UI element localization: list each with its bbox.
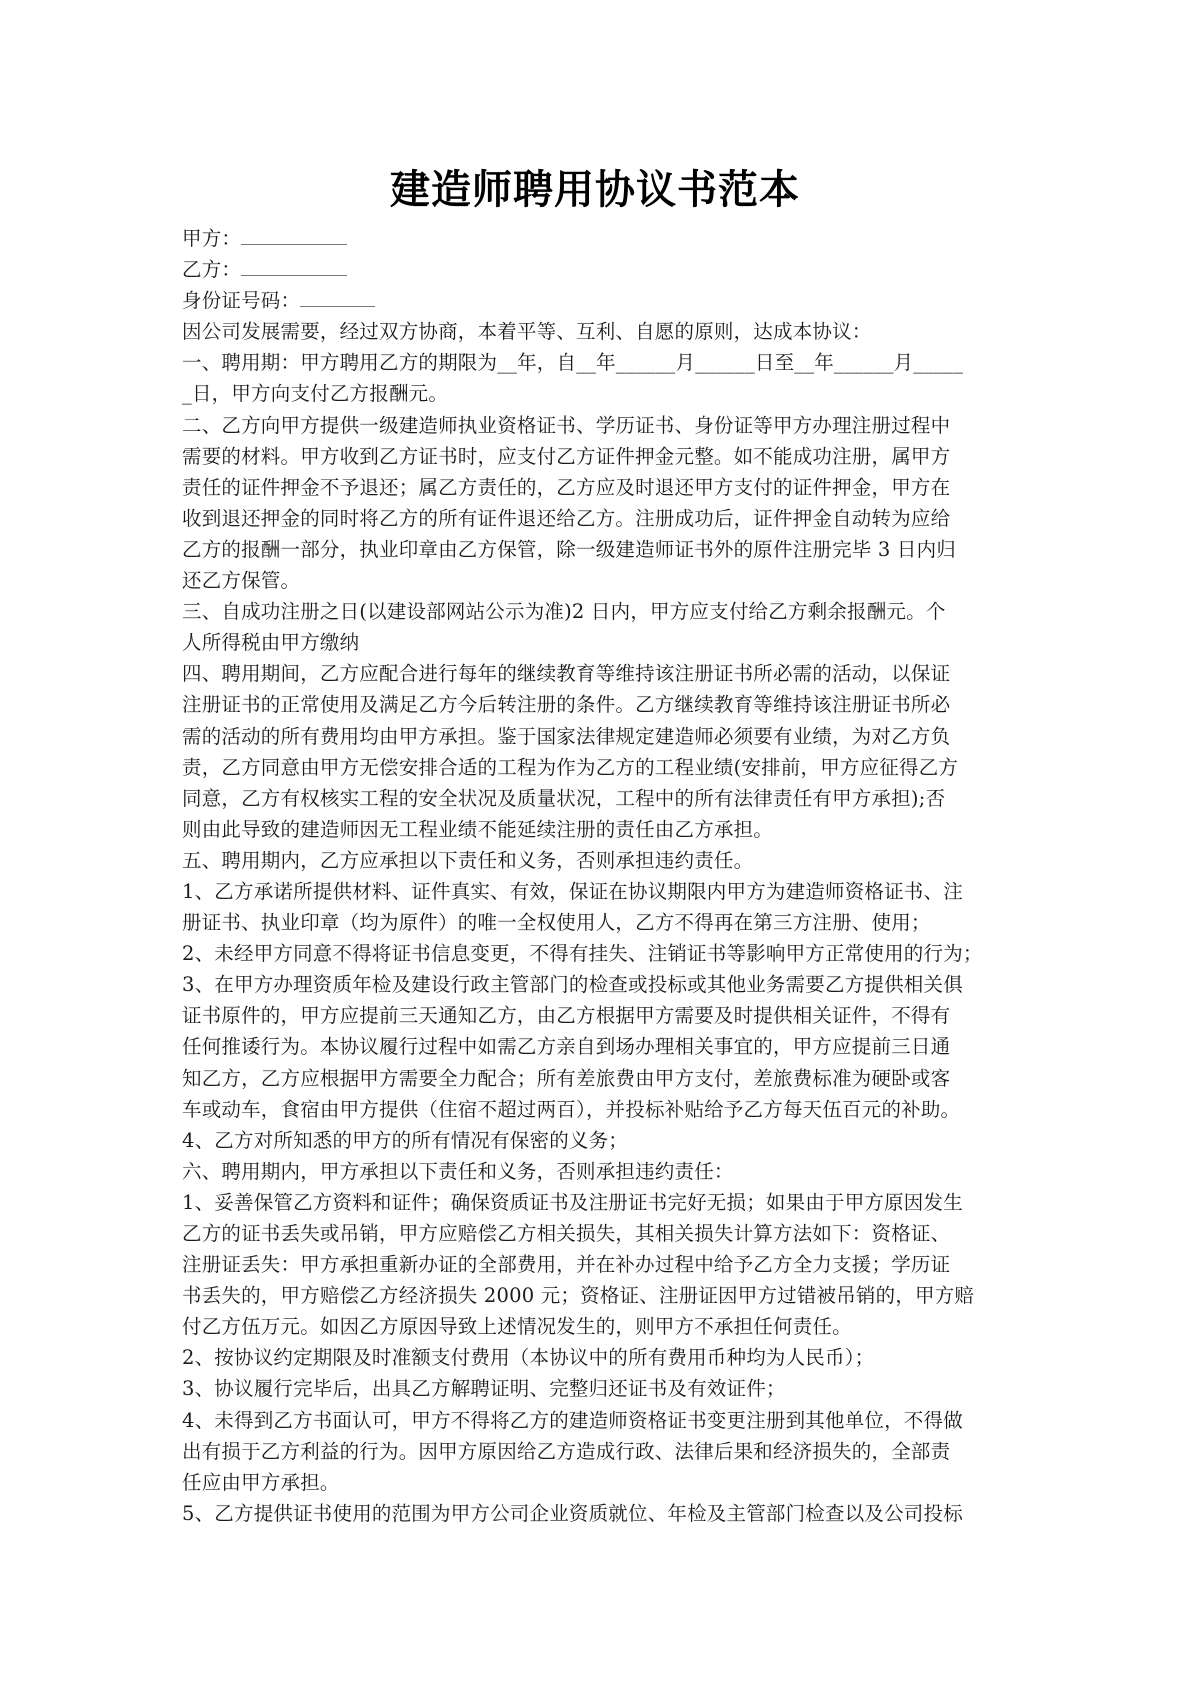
paragraph-line: 3、协议履行完毕后，出具乙方解聘证明、完整归还证书及有效证件； [182,1373,1020,1404]
paragraph-line: 同意，乙方有权核实工程的安全状况及质量状况，工程中的所有法律责任有甲方承担);否 [182,783,1020,814]
paragraph-line: 2、按协议约定期限及时准额支付费用（本协议中的所有费用币种均为人民币）； [182,1342,1020,1373]
paragraph-line: 责任的证件押金不予退还；属乙方责任的，乙方应及时退还甲方支付的证件押金，甲方在 [182,472,1020,503]
paragraph-line: 还乙方保管。 [182,565,1020,596]
paragraph-line: _日，甲方向支付乙方报酬元。 [182,378,1020,409]
paragraph-line: 册证书、执业印章（均为原件）的唯一全权使用人，乙方不得再在第三方注册、使用； [182,907,1020,938]
document-body: 甲方： 乙方： 身份证号码： 因公司发展需要，经过双方协商，本着平等、互利、自愿… [182,223,1020,1529]
paragraph-line: 六、聘用期内，甲方承担以下责任和义务，否则承担违约责任： [182,1156,1020,1187]
party-a-field: 甲方： [182,223,1020,254]
id-number-label: 身份证号码： [182,289,300,312]
paragraph-line: 收到退还押金的同时将乙方的所有证件退还给乙方。注册成功后，证件押金自动转为应给 [182,503,1020,534]
paragraph-line: 1、妥善保管乙方资料和证件；确保资质证书及注册证书完好无损；如果由于甲方原因发生 [182,1187,1020,1218]
paragraph-line: 责，乙方同意由甲方无偿安排合适的工程为作为乙方的工程业绩(安排前，甲方应征得乙方 [182,752,1020,783]
party-a-blank[interactable] [241,224,347,245]
paragraph-line: 4、乙方对所知悉的甲方的所有情况有保密的义务； [182,1125,1020,1156]
document-title: 建造师聘用协议书范本 [0,162,1190,218]
paragraph-line: 五、聘用期内，乙方应承担以下责任和义务，否则承担违约责任。 [182,845,1020,876]
paragraph-line: 任何推诿行为。本协议履行过程中如需乙方亲自到场办理相关事宜的，甲方应提前三日通 [182,1031,1020,1062]
paragraph-line: 证书原件的，甲方应提前三天通知乙方，由乙方根据甲方需要及时提供相关证件，不得有 [182,1000,1020,1031]
paragraph-line: 车或动车，食宿由甲方提供（住宿不超过两百），并投标补贴给予乙方每天伍百元的补助。 [182,1094,1020,1125]
id-number-field: 身份证号码： [182,285,1020,316]
paragraph-line: 2、未经甲方同意不得将证书信息变更，不得有挂失、注销证书等影响甲方正常使用的行为… [182,938,1020,969]
paragraph-line: 一、聘用期：甲方聘用乙方的期限为__年，自__年______月______日至_… [182,347,1020,378]
paragraph-line: 需的活动的所有费用均由甲方承担。鉴于国家法律规定建造师必须要有业绩，为对乙方负 [182,721,1020,752]
paragraph-line: 则由此导致的建造师因无工程业绩不能延续注册的责任由乙方承担。 [182,814,1020,845]
paragraph-line: 乙方的证书丢失或吊销，甲方应赔偿乙方相关损失，其相关损失计算方法如下：资格证、 [182,1218,1020,1249]
paragraph-line: 书丢失的，甲方赔偿乙方经济损失 2000 元；资格证、注册证因甲方过错被吊销的，… [182,1280,1020,1311]
paragraph-line: 1、乙方承诺所提供材料、证件真实、有效，保证在协议期限内甲方为建造师资格证书、注 [182,876,1020,907]
paragraph-line: 4、未得到乙方书面认可，甲方不得将乙方的建造师资格证书变更注册到其他单位，不得做 [182,1405,1020,1436]
paragraph-line: 出有损于乙方利益的行为。因甲方原因给乙方造成行政、法律后果和经济损失的，全部责 [182,1436,1020,1467]
paragraph-line: 二、乙方向甲方提供一级建造师执业资格证书、学历证书、身份证等甲方办理注册过程中 [182,410,1020,441]
paragraph-line: 乙方的报酬一部分，执业印章由乙方保管，除一级建造师证书外的原件注册完毕 3 日内… [182,534,1020,565]
party-b-label: 乙方： [182,258,241,281]
party-b-blank[interactable] [241,255,347,276]
paragraph-line: 5、乙方提供证书使用的范围为甲方公司企业资质就位、年检及主管部门检查以及公司投标 [182,1498,1020,1529]
id-number-blank[interactable] [300,286,375,307]
paragraph-line: 需要的材料。甲方收到乙方证书时，应支付乙方证件押金元整。如不能成功注册，属甲方 [182,441,1020,472]
paragraph-line: 三、自成功注册之日(以建设部网站公示为准)2 日内，甲方应支付给乙方剩余报酬元。… [182,596,1020,627]
paragraph-line: 知乙方，乙方应根据甲方需要全力配合；所有差旅费由甲方支付，差旅费标准为硬卧或客 [182,1063,1020,1094]
paragraph-line: 四、聘用期间，乙方应配合进行每年的继续教育等维持该注册证书所必需的活动，以保证 [182,658,1020,689]
document-page: 建造师聘用协议书范本 甲方： 乙方： 身份证号码： 因公司发展需要，经过双方协商… [0,0,1190,1683]
paragraph-line: 付乙方伍万元。如因乙方原因导致上述情况发生的，则甲方不承担任何责任。 [182,1311,1020,1342]
paragraph-line: 注册证丢失：甲方承担重新办证的全部费用，并在补办过程中给予乙方全力支援；学历证 [182,1249,1020,1280]
paragraph-line: 注册证书的正常使用及满足乙方今后转注册的条件。乙方继续教育等维持该注册证书所必 [182,689,1020,720]
party-a-label: 甲方： [182,227,241,250]
paragraph-line: 3、在甲方办理资质年检及建设行政主管部门的检查或投标或其他业务需要乙方提供相关俱 [182,969,1020,1000]
paragraph-line: 因公司发展需要，经过双方协商，本着平等、互利、自愿的原则，达成本协议： [182,316,1020,347]
paragraph-line: 人所得税由甲方缴纳 [182,627,1020,658]
paragraph-line: 任应由甲方承担。 [182,1467,1020,1498]
party-b-field: 乙方： [182,254,1020,285]
